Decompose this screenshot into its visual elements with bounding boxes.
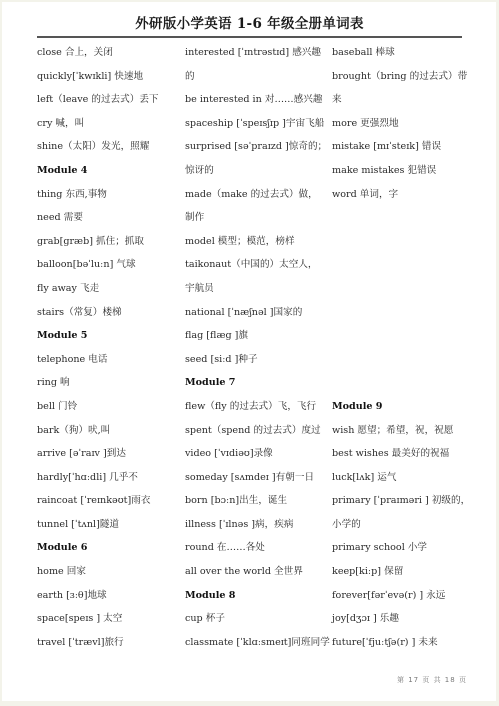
vocab-entry: need 需要 — [37, 210, 182, 234]
vocab-entry: all over the world 全世界 — [185, 564, 330, 588]
module-heading: Module 9 — [332, 399, 467, 423]
module-heading: Module 4 — [37, 163, 182, 187]
vocab-entry: flew（fly 的过去式）飞，飞行 — [185, 399, 330, 423]
vocab-entry: make mistakes 犯错误 — [332, 163, 467, 187]
vocab-entry: primary school 小学 — [332, 540, 467, 564]
page-number: 第 17 页 共 18 页 — [397, 675, 467, 685]
vocab-entry: more 更强烈地 — [332, 116, 467, 140]
vocab-entry: grab[græb] 抓住；抓取 — [37, 234, 182, 258]
vocab-entry: cup 杯子 — [185, 611, 330, 635]
vocab-entry: home 回家 — [37, 564, 182, 588]
module-heading: Module 6 — [37, 540, 182, 564]
vocab-entry: baseball 棒球 — [332, 45, 467, 69]
vocab-entry: seed [siːd ]种子 — [185, 352, 330, 376]
vocab-entry: mistake [mɪˈsteɪk] 错误 — [332, 139, 467, 163]
vocab-entry: born [bɔːn]出生，诞生 — [185, 493, 330, 517]
vocab-entry: telephone 电话 — [37, 352, 182, 376]
vocab-entry: 制作 — [185, 210, 330, 234]
module-heading: Module 8 — [185, 588, 330, 612]
vocab-entry: ring 响 — [37, 375, 182, 399]
vocab-entry: balloon[bəˈluːn] 气球 — [37, 257, 182, 281]
vocab-entry: word 单词，字 — [332, 187, 467, 211]
vocab-entry: left（leave 的过去式）丢下 — [37, 92, 182, 116]
vocab-entry: bark（狗）吠,叫 — [37, 423, 182, 447]
vocab-entry: keep[kiːp] 保留 — [332, 564, 467, 588]
vocab-entry: taikonaut（中国的）太空人， — [185, 257, 330, 281]
vocab-entry: made（make 的过去式）做， — [185, 187, 330, 211]
vocab-entry: surprised [səˈpraɪzd ]惊奇的； — [185, 139, 330, 163]
vocab-entry: space[speɪs ] 太空 — [37, 611, 182, 635]
vocab-entry: 的 — [185, 69, 330, 93]
page-title: 外研版小学英语 1-6 年级全册单词表 — [0, 12, 499, 32]
blank-row — [332, 281, 467, 305]
vocab-entry: stairs（常复）楼梯 — [37, 305, 182, 329]
vocab-entry: 惊讶的 — [185, 163, 330, 187]
vocab-entry: interested [ˈɪntrəstɪd] 感兴趣 — [185, 45, 330, 69]
vocab-entry: travel [ˈtrævl]旅行 — [37, 635, 182, 659]
blank-row — [332, 375, 467, 399]
vocab-entry: 宇航员 — [185, 281, 330, 305]
vocab-entry: video [ˈvɪdiəʊ]录像 — [185, 446, 330, 470]
vocab-entry: spaceship [ˈspeɪsʃɪp ]宇宙飞船 — [185, 116, 330, 140]
vocab-entry: cry 喊，叫 — [37, 116, 182, 140]
vocab-entry: earth [ɜːθ]地球 — [37, 588, 182, 612]
vocab-entry: thing 东西,事物 — [37, 187, 182, 211]
vocab-entry: fly away 飞走 — [37, 281, 182, 305]
blank-row — [332, 305, 467, 329]
module-heading: Module 5 — [37, 328, 182, 352]
vocab-entry: shine（太阳）发光，照耀 — [37, 139, 182, 163]
vocab-entry: forever[fərˈevə(r) ] 永远 — [332, 588, 467, 612]
vocab-entry: primary [ˈpraɪməri ] 初级的， — [332, 493, 467, 517]
blank-row — [332, 328, 467, 352]
vocab-entry: 来 — [332, 92, 467, 116]
module-heading: Module 7 — [185, 375, 330, 399]
vocab-entry: future[ˈfjuːtʃə(r) ] 未来 — [332, 635, 467, 659]
vocab-entry: spent（spend 的过去式）度过 — [185, 423, 330, 447]
vocab-entry: quickly[ˈkwɪkli] 快速地 — [37, 69, 182, 93]
vocab-entry: model 模型；模范，榜样 — [185, 234, 330, 258]
vocab-column-2: interested [ˈɪntrəstɪd] 感兴趣的be intereste… — [185, 45, 330, 658]
blank-row — [332, 234, 467, 258]
vocab-entry: arrive [əˈraɪv ]到达 — [37, 446, 182, 470]
vocab-entry: wish 愿望；希望，祝，祝愿 — [332, 423, 467, 447]
vocab-column-1: close 合上，关闭quickly[ˈkwɪkli] 快速地left（leav… — [37, 45, 182, 658]
vocab-entry: 小学的 — [332, 517, 467, 541]
blank-row — [332, 257, 467, 281]
vocab-entry: classmate [ˈklɑːsmeɪt]同班同学 — [185, 635, 330, 659]
vocab-column-3: baseball 棒球brought（bring 的过去式）带来more 更强烈… — [332, 45, 467, 658]
vocab-entry: tunnel [ˈtʌnl]隧道 — [37, 517, 182, 541]
vocab-entry: illness [ˈɪlnəs ]病，疾病 — [185, 517, 330, 541]
vocab-entry: raincoat [ˈreɪnkəʊt]雨衣 — [37, 493, 182, 517]
vocab-entry: best wishes 最美好的祝福 — [332, 446, 467, 470]
vocab-entry: luck[lʌk] 运气 — [332, 470, 467, 494]
vocab-entry: joy[dʒɔɪ ] 乐趣 — [332, 611, 467, 635]
vocab-entry: national [ˈnæʃnəl ]国家的 — [185, 305, 330, 329]
vocab-entry: hardly[ˈhɑːdli] 几乎不 — [37, 470, 182, 494]
vocab-entry: someday [sʌmdeɪ ]有朝一日 — [185, 470, 330, 494]
vocab-entry: flag [flæg ]旗 — [185, 328, 330, 352]
vocab-entry: brought（bring 的过去式）带 — [332, 69, 467, 93]
vocab-entry: round 在……各处 — [185, 540, 330, 564]
blank-row — [332, 352, 467, 376]
vocab-entry: bell 门铃 — [37, 399, 182, 423]
vocab-entry: close 合上，关闭 — [37, 45, 182, 69]
blank-row — [332, 210, 467, 234]
vocab-entry: be interested in 对……感兴趣 — [185, 92, 330, 116]
title-underline — [37, 36, 462, 38]
